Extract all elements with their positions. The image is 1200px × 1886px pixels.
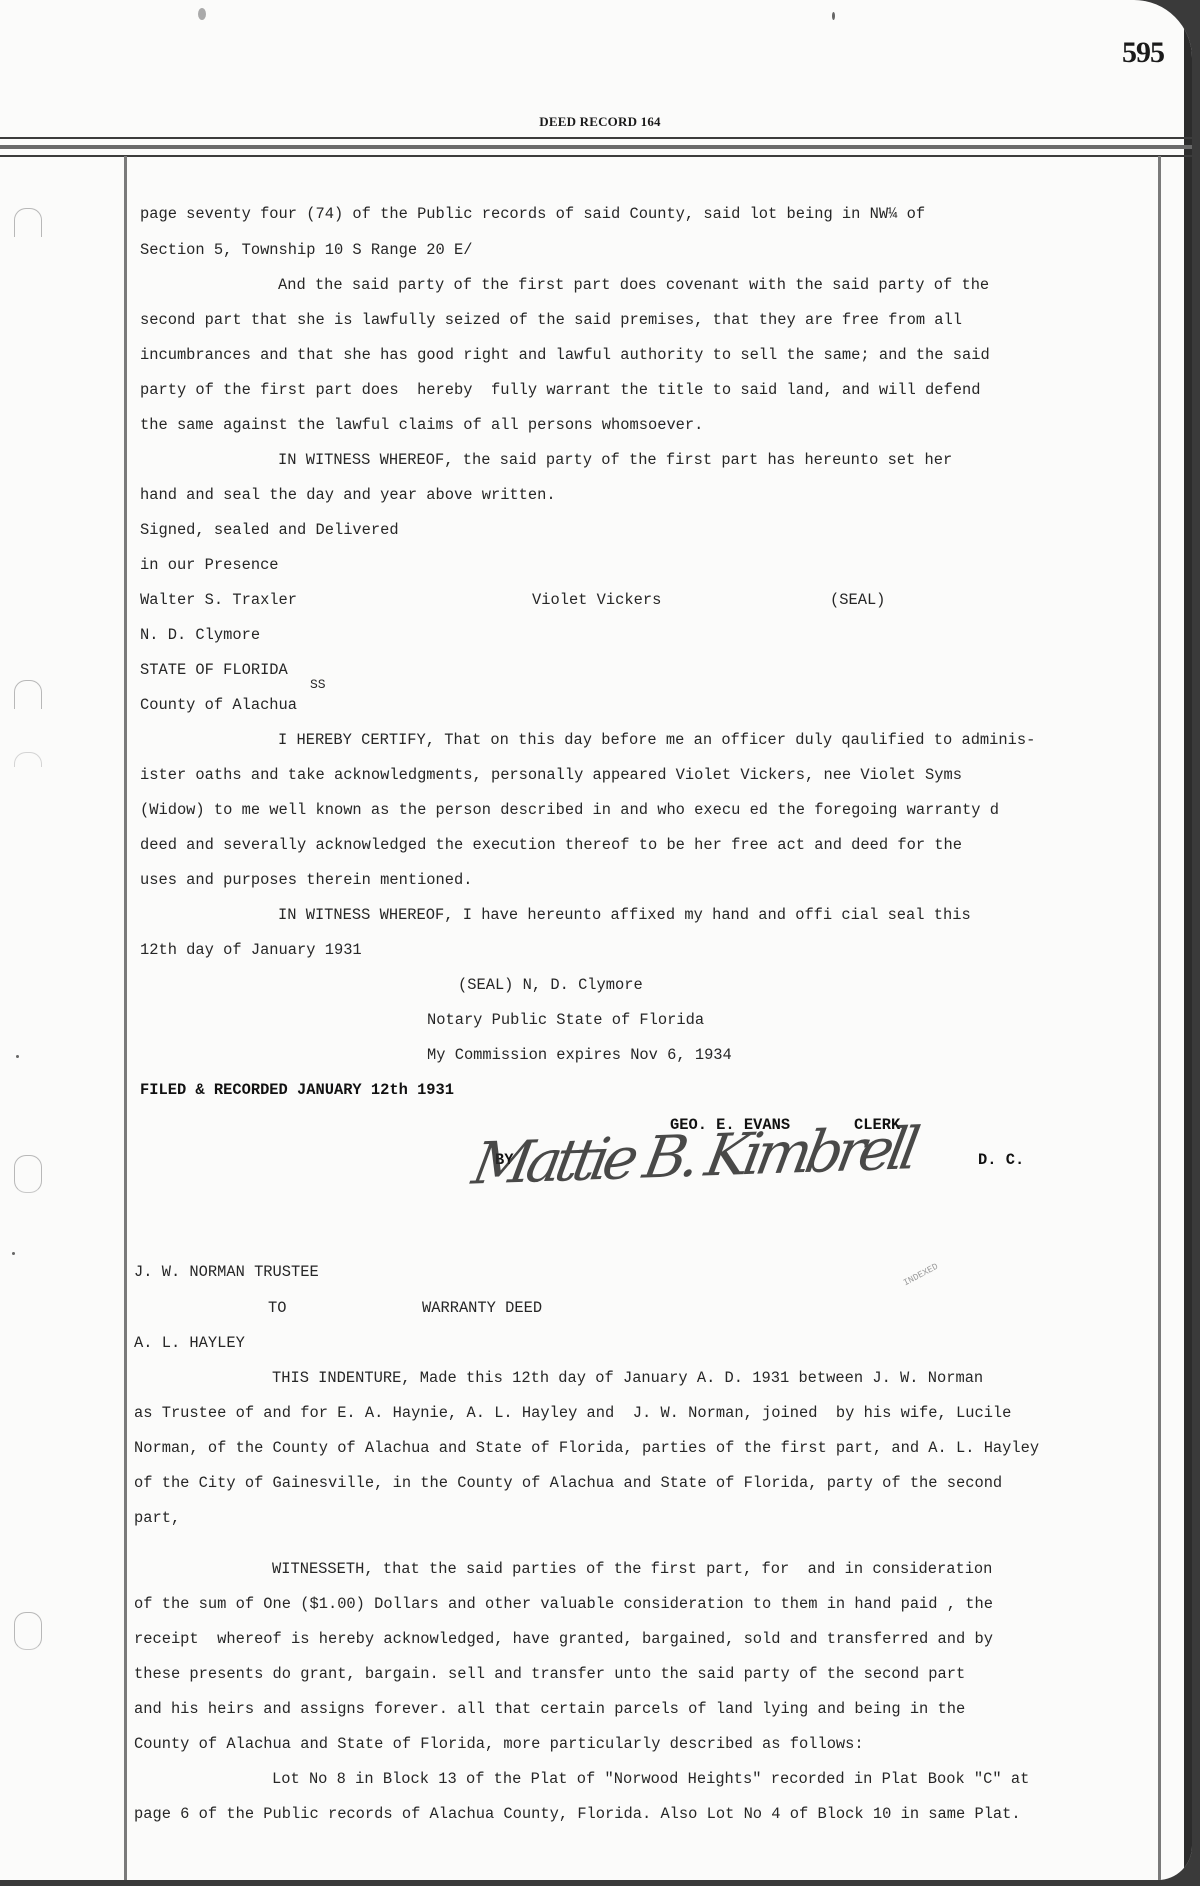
commission-expiry: My Commission expires Nov 6, 1934 <box>427 1046 732 1064</box>
speck <box>16 1055 19 1058</box>
header-rule-bottom <box>0 155 1192 157</box>
deed-type-heading: WARRANTY DEED <box>422 1299 542 1317</box>
binder-hole-icon <box>14 680 42 709</box>
text-line: of the sum of One ($1.00) Dollars and ot… <box>134 1595 993 1613</box>
witness-name: N. D. Clymore <box>140 626 260 644</box>
binder-hole-icon <box>14 1612 42 1650</box>
text-line: and his heirs and assigns forever. all t… <box>134 1700 965 1718</box>
text-line: IN WITNESS WHEREOF, the said party of th… <box>278 451 952 469</box>
speck <box>832 12 835 20</box>
seal-label: (SEAL) <box>830 591 885 609</box>
text-line: of the City of Gainesville, in the Count… <box>134 1474 1002 1492</box>
text-line: ister oaths and take acknowledgments, pe… <box>140 766 962 784</box>
page-number: 595 <box>1122 36 1164 70</box>
book-title: DEED RECORD 164 <box>0 114 1192 130</box>
notary-name: (SEAL) N, D. Clymore <box>458 976 643 994</box>
to-label: TO <box>268 1299 286 1317</box>
indexed-stamp: INDEXED <box>902 1262 940 1289</box>
speck <box>12 1252 15 1255</box>
binder-hole-icon <box>14 1155 42 1193</box>
grantee-heading: A. L. HAYLEY <box>134 1334 245 1352</box>
text-line: incumbrances and that she has good right… <box>140 346 990 364</box>
text-line: And the said party of the first part doe… <box>278 276 989 294</box>
text-line: as Trustee of and for E. A. Haynie, A. L… <box>134 1404 1011 1422</box>
speck <box>198 8 206 20</box>
text-line: Norman, of the County of Alachua and Sta… <box>134 1439 1039 1457</box>
deputy-clerk-label: D. C. <box>978 1151 1024 1169</box>
text-line: (Widow) to me well known as the person d… <box>140 801 999 819</box>
text-line: in our Presence <box>140 556 279 574</box>
text-line: County of Alachua and State of Florida, … <box>134 1735 864 1753</box>
header-rule-top <box>0 137 1192 139</box>
left-margin-line <box>124 156 127 1880</box>
text-line: uses and purposes therein mentioned. <box>140 871 473 889</box>
text-line: Section 5, Township 10 S Range 20 E/ <box>140 241 473 259</box>
right-margin-line <box>1158 156 1161 1880</box>
text-line: party of the first part does hereby full… <box>140 381 980 399</box>
text-line: 12th day of January 1931 <box>140 941 362 959</box>
page-edge <box>1184 20 1192 1880</box>
text-line: IN WITNESS WHEREOF, I have hereunto affi… <box>278 906 971 924</box>
text-line: Signed, sealed and Delivered <box>140 521 399 539</box>
deed-record-page: 595 DEED RECORD 164 page seventy four (7… <box>0 0 1192 1880</box>
witness-name: Walter S. Traxler <box>140 591 297 609</box>
filed-recorded-line: FILED & RECORDED JANUARY 12th 1931 <box>140 1081 454 1099</box>
text-line: these presents do grant, bargain. sell a… <box>134 1665 965 1683</box>
handwritten-signature: Mattie B. Kimbrell <box>467 1114 919 1197</box>
binder-hole-icon <box>14 752 42 767</box>
text-line: page seventy four (74) of the Public rec… <box>140 205 925 223</box>
ss-mark: SS <box>310 676 326 694</box>
text-line: Lot No 8 in Block 13 of the Plat of "Nor… <box>272 1770 1029 1788</box>
binder-hole-icon <box>14 208 42 237</box>
text-line: part, <box>134 1509 180 1527</box>
text-line: WITNESSETH, that the said parties of the… <box>272 1560 992 1578</box>
text-line: County of Alachua <box>140 696 297 714</box>
text-line: I HEREBY CERTIFY, That on this day befor… <box>278 731 1035 749</box>
grantor-heading: J. W. NORMAN TRUSTEE <box>134 1263 319 1281</box>
grantor-signature-name: Violet Vickers <box>532 591 661 609</box>
text-line: page 6 of the Public records of Alachua … <box>134 1805 1021 1823</box>
header-rule-middle <box>0 145 1192 149</box>
text-line: receipt whereof is hereby acknowledged, … <box>134 1630 993 1648</box>
text-line: the same against the lawful claims of al… <box>140 416 703 434</box>
text-line: hand and seal the day and year above wri… <box>140 486 556 504</box>
notary-title: Notary Public State of Florida <box>427 1011 704 1029</box>
text-line: THIS INDENTURE, Made this 12th day of Ja… <box>272 1369 983 1387</box>
text-line: second part that she is lawfully seized … <box>140 311 962 329</box>
text-line: STATE OF FLORIDA <box>140 661 288 679</box>
text-line: deed and severally acknowledged the exec… <box>140 836 962 854</box>
